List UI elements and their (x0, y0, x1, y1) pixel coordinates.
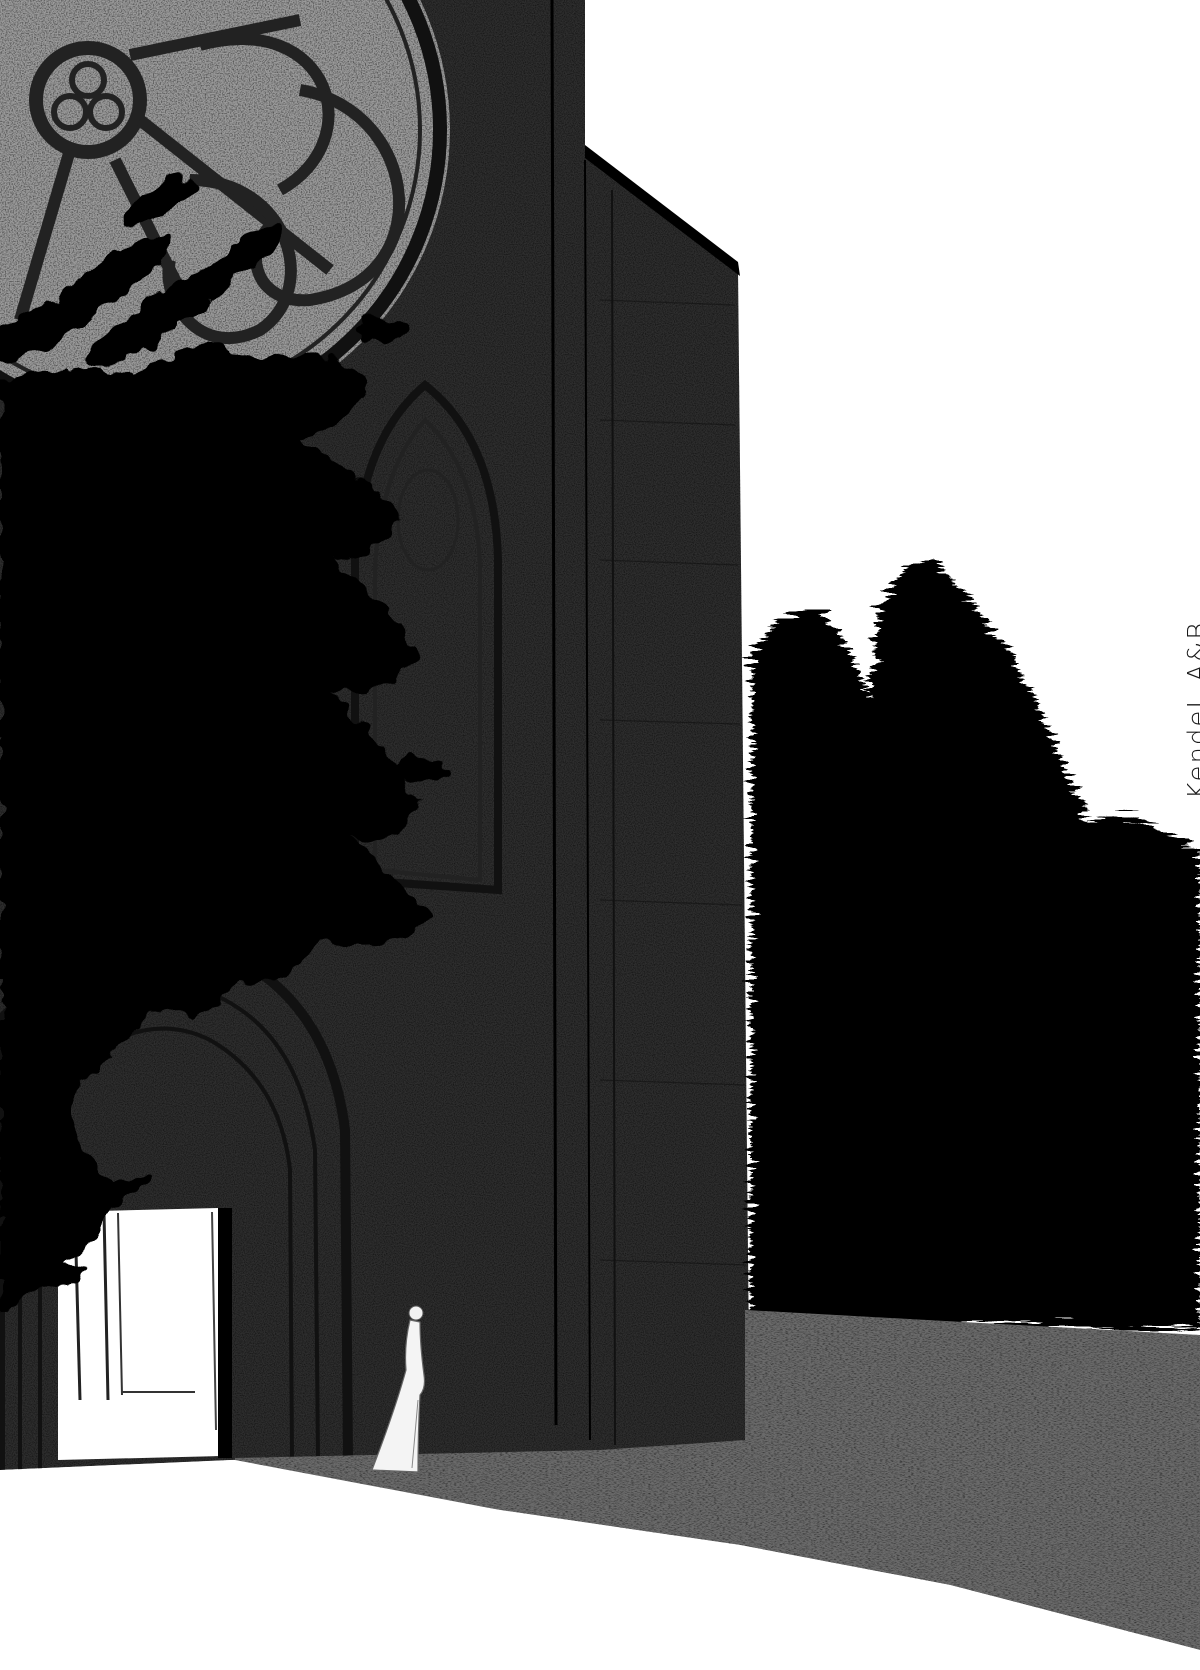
illustration-canvas (0, 0, 1200, 1670)
artist-signature: KendeL A&B (1178, 610, 1200, 810)
